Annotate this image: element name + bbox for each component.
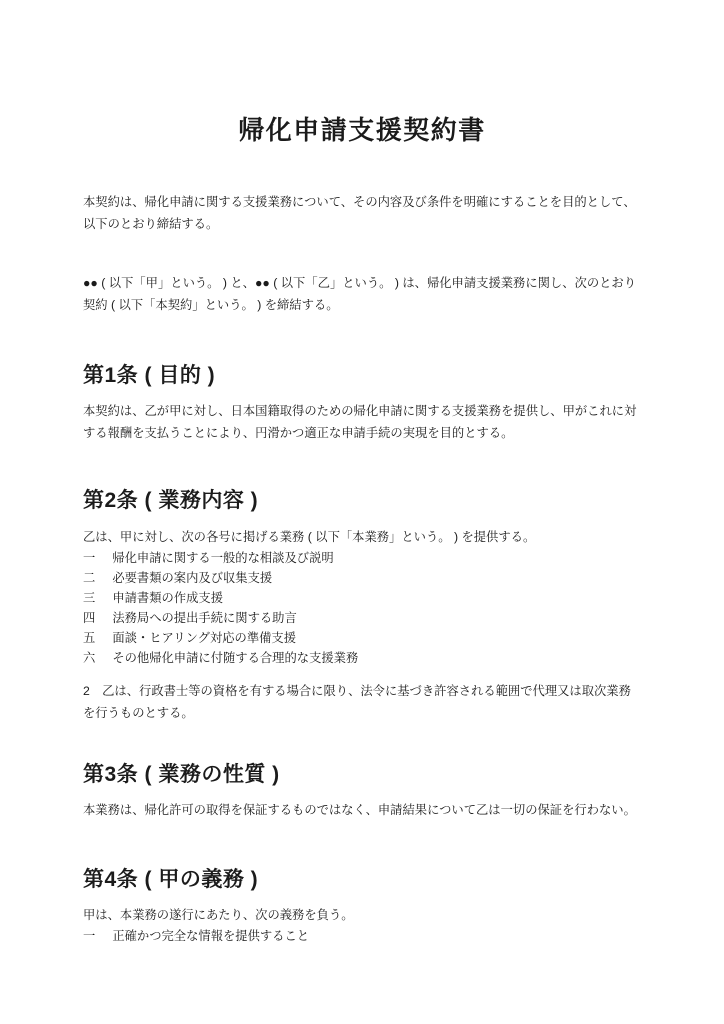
list-item: 六 その他帰化申請に付随する合理的な支援業務	[83, 648, 641, 668]
list-item: 三 申請書類の作成支援	[83, 588, 641, 608]
document-title: 帰化申請支援契約書	[83, 113, 641, 147]
article-1-paragraph: 本契約は、乙が甲に対し、日本国籍取得のための帰化申請に関する支援業務を提供し、甲…	[83, 400, 641, 444]
preamble-paragraph-1: 本契約は、帰化申請に関する支援業務について、その内容及び条件を明確にすることを目…	[83, 191, 641, 235]
list-item-number: 四	[83, 608, 95, 628]
list-item: 二 必要書類の案内及び収集支援	[83, 568, 641, 588]
list-item-text: 面談・ヒアリング対応の準備支援	[112, 628, 641, 648]
article-1-heading: 第1条 ( 目的 )	[83, 361, 641, 391]
article-3-heading: 第3条 ( 業務の性質 )	[83, 760, 641, 790]
list-item-number: 一	[83, 548, 95, 568]
list-item-number: 三	[83, 588, 95, 608]
list-item-number: 一	[83, 926, 95, 947]
article-4-heading: 第4条 ( 甲の義務 )	[83, 865, 641, 895]
list-item-text: 申請書類の作成支援	[112, 588, 641, 608]
list-item-text: その他帰化申請に付随する合理的な支援業務	[112, 648, 641, 668]
list-item-text: 法務局への提出手続に関する助言	[112, 608, 641, 628]
list-item: 一 正確かつ完全な情報を提供すること	[83, 926, 641, 947]
article-3-paragraph: 本業務は、帰化許可の取得を保証するものではなく、申請結果について乙は一切の保証を…	[83, 799, 641, 821]
list-item-number: 五	[83, 628, 95, 648]
list-item: 四 法務局への提出手続に関する助言	[83, 608, 641, 628]
preamble-paragraph-2: ●● ( 以下「甲」という。 ) と、●● ( 以下「乙」という。 ) は、帰化…	[83, 272, 641, 316]
article-2-intro-paragraph: 乙は、甲に対し、次の各号に掲げる業務 ( 以下「本業務」という。 ) を提供する…	[83, 526, 641, 548]
article-4-intro-paragraph: 甲は、本業務の遂行にあたり、次の義務を負う。	[83, 904, 641, 926]
list-item-number: 六	[83, 648, 95, 668]
list-item-text: 正確かつ完全な情報を提供すること	[112, 926, 641, 947]
list-item: 一 帰化申請に関する一般的な相談及び説明	[83, 548, 641, 568]
article-2-paragraph-2: 2 乙は、行政書士等の資格を有する場合に限り、法令に基づき許容される範囲で代理又…	[83, 680, 641, 724]
list-item: 五 面談・ヒアリング対応の準備支援	[83, 628, 641, 648]
article-2-item-list: 一 帰化申請に関する一般的な相談及び説明 二 必要書類の案内及び収集支援 三 申…	[83, 548, 641, 668]
article-4-item-list: 一 正確かつ完全な情報を提供すること	[83, 926, 641, 947]
list-item-text: 必要書類の案内及び収集支援	[112, 568, 641, 588]
article-2-heading: 第2条 ( 業務内容 )	[83, 486, 641, 516]
list-item-text: 帰化申請に関する一般的な相談及び説明	[112, 548, 641, 568]
contract-document-page: 帰化申請支援契約書 本契約は、帰化申請に関する支援業務について、その内容及び条件…	[0, 0, 724, 1024]
list-item-number: 二	[83, 568, 95, 588]
